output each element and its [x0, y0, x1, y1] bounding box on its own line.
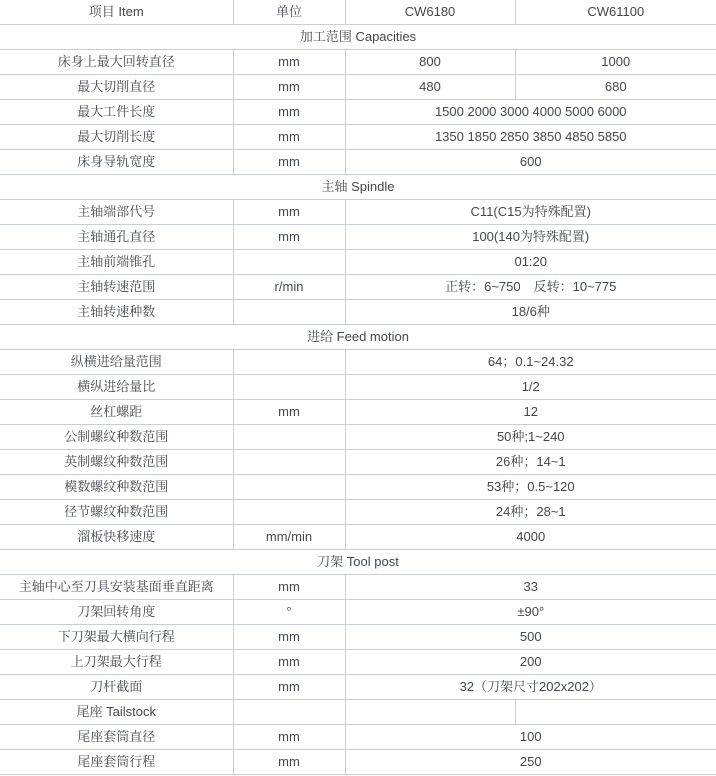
- table-row: 公制螺纹种数范围50种;1~240: [0, 425, 716, 450]
- item-cell: 床身导轨宽度: [0, 150, 233, 175]
- table-row: 刀杆截面mm32（刀架尺寸202x202）: [0, 675, 716, 700]
- table-row: 主轴前端锥孔01:20: [0, 250, 716, 275]
- value-cell: 250: [345, 750, 716, 775]
- unit-cell: mm: [233, 725, 345, 750]
- value-cell: 100: [345, 725, 716, 750]
- value-cell: 01:20: [345, 250, 716, 275]
- value-cell: 50种;1~240: [345, 425, 716, 450]
- table-row: 径节螺纹种数范围24种；28~1: [0, 500, 716, 525]
- spec-table-body: 项目 Item单位CW6180CW61100加工范围 Capacities床身上…: [0, 0, 716, 775]
- item-cell: 上刀架最大行程: [0, 650, 233, 675]
- table-row: 床身上最大回转直径mm8001000: [0, 50, 716, 75]
- section-header: 进给 Feed motion: [0, 325, 716, 350]
- unit-cell: mm: [233, 100, 345, 125]
- unit-cell: [233, 350, 345, 375]
- table-row: 主轴中心至刀具安装基面垂直距离mm33: [0, 575, 716, 600]
- table-row: 加工范围 Capacities: [0, 25, 716, 50]
- item-cell: 床身上最大回转直径: [0, 50, 233, 75]
- item-cell: 溜板快移速度: [0, 525, 233, 550]
- value-cell: 100(140为特殊配置): [345, 225, 716, 250]
- unit-cell: [233, 425, 345, 450]
- column-header-cw61100: CW61100: [515, 0, 716, 25]
- table-row: 主轴转速种数18/6种: [0, 300, 716, 325]
- unit-cell: °: [233, 600, 345, 625]
- item-cell: 主轴前端锥孔: [0, 250, 233, 275]
- value-cell: ±90°: [345, 600, 716, 625]
- table-row: 尾座 Tailstock: [0, 700, 716, 725]
- spec-table: 项目 Item单位CW6180CW61100加工范围 Capacities床身上…: [0, 0, 716, 775]
- value-cell: 24种；28~1: [345, 500, 716, 525]
- table-row: 进给 Feed motion: [0, 325, 716, 350]
- item-cell: 丝杠螺距: [0, 400, 233, 425]
- unit-cell: mm/min: [233, 525, 345, 550]
- column-header-unit: 单位: [233, 0, 345, 25]
- value-cell: 26种；14~1: [345, 450, 716, 475]
- unit-cell: mm: [233, 650, 345, 675]
- unit-cell: mm: [233, 400, 345, 425]
- value-cell: 200: [345, 650, 716, 675]
- value-cell-cw61100: 1000: [515, 50, 716, 75]
- table-row: 英制螺纹种数范围26种；14~1: [0, 450, 716, 475]
- table-row: 横纵进给量比1/2: [0, 375, 716, 400]
- item-cell: 主轴端部代号: [0, 200, 233, 225]
- table-row: 丝杠螺距mm12: [0, 400, 716, 425]
- unit-cell: mm: [233, 225, 345, 250]
- value-cell: 53种；0.5~120: [345, 475, 716, 500]
- value-cell: C11(C15为特殊配置): [345, 200, 716, 225]
- unit-cell: [233, 450, 345, 475]
- item-cell: 尾座 Tailstock: [0, 700, 233, 725]
- table-row: 刀架 Tool post: [0, 550, 716, 575]
- table-row: 上刀架最大行程mm200: [0, 650, 716, 675]
- unit-cell: [233, 500, 345, 525]
- table-row: 下刀架最大横向行程mm500: [0, 625, 716, 650]
- value-cell-cw6180: 480: [345, 75, 515, 100]
- item-cell: 最大切削长度: [0, 125, 233, 150]
- item-cell: 主轴转速种数: [0, 300, 233, 325]
- unit-cell: mm: [233, 750, 345, 775]
- value-cell: 32（刀架尺寸202x202）: [345, 675, 716, 700]
- item-cell: 横纵进给量比: [0, 375, 233, 400]
- table-row: 纵横进给量范围64；0.1~24.32: [0, 350, 716, 375]
- item-cell: 下刀架最大横向行程: [0, 625, 233, 650]
- table-row: 刀架回转角度°±90°: [0, 600, 716, 625]
- table-row: 溜板快移速度mm/min4000: [0, 525, 716, 550]
- value-cell: 1500 2000 3000 4000 5000 6000: [345, 100, 716, 125]
- value-cell-cw61100: 680: [515, 75, 716, 100]
- item-cell: 尾座套筒直径: [0, 725, 233, 750]
- unit-cell: [233, 700, 345, 725]
- table-row: 主轴通孔直径mm100(140为特殊配置): [0, 225, 716, 250]
- section-header: 刀架 Tool post: [0, 550, 716, 575]
- unit-cell: r/min: [233, 275, 345, 300]
- unit-cell: mm: [233, 575, 345, 600]
- value-cell: 64；0.1~24.32: [345, 350, 716, 375]
- value-cell: 4000: [345, 525, 716, 550]
- unit-cell: [233, 375, 345, 400]
- unit-cell: mm: [233, 200, 345, 225]
- unit-cell: [233, 300, 345, 325]
- unit-cell: mm: [233, 150, 345, 175]
- table-row: 尾座套筒行程mm250: [0, 750, 716, 775]
- spec-page: 项目 Item单位CW6180CW61100加工范围 Capacities床身上…: [0, 0, 716, 776]
- table-row: 主轴端部代号mmC11(C15为特殊配置): [0, 200, 716, 225]
- item-cell: 主轴转速范围: [0, 275, 233, 300]
- table-row: 床身导轨宽度mm600: [0, 150, 716, 175]
- item-cell: 最大工件长度: [0, 100, 233, 125]
- item-cell: 英制螺纹种数范围: [0, 450, 233, 475]
- column-header-cw6180: CW6180: [345, 0, 515, 25]
- value-cell-cw6180: 800: [345, 50, 515, 75]
- unit-cell: mm: [233, 125, 345, 150]
- value-cell: 正转：6~750 反转：10~775: [345, 275, 716, 300]
- value-cell: 12: [345, 400, 716, 425]
- value-cell: 33: [345, 575, 716, 600]
- table-row: 最大切削直径mm480680: [0, 75, 716, 100]
- unit-cell: [233, 475, 345, 500]
- section-header: 加工范围 Capacities: [0, 25, 716, 50]
- table-row: 尾座套筒直径mm100: [0, 725, 716, 750]
- value-cell: 18/6种: [345, 300, 716, 325]
- item-cell: 刀杆截面: [0, 675, 233, 700]
- value-cell: 1/2: [345, 375, 716, 400]
- item-cell: 主轴通孔直径: [0, 225, 233, 250]
- item-cell: 最大切削直径: [0, 75, 233, 100]
- item-cell: 尾座套筒行程: [0, 750, 233, 775]
- unit-cell: mm: [233, 625, 345, 650]
- item-cell: 模数螺纹种数范围: [0, 475, 233, 500]
- table-row: 最大切削长度mm1350 1850 2850 3850 4850 5850: [0, 125, 716, 150]
- table-header-row: 项目 Item单位CW6180CW61100: [0, 0, 716, 25]
- unit-cell: mm: [233, 75, 345, 100]
- value-cell: 1350 1850 2850 3850 4850 5850: [345, 125, 716, 150]
- value-cell: 500: [345, 625, 716, 650]
- table-row: 模数螺纹种数范围53种；0.5~120: [0, 475, 716, 500]
- unit-cell: mm: [233, 675, 345, 700]
- item-cell: 纵横进给量范围: [0, 350, 233, 375]
- item-cell: 径节螺纹种数范围: [0, 500, 233, 525]
- unit-cell: mm: [233, 50, 345, 75]
- table-row: 最大工件长度mm1500 2000 3000 4000 5000 6000: [0, 100, 716, 125]
- item-cell: 刀架回转角度: [0, 600, 233, 625]
- value-cell: 600: [345, 150, 716, 175]
- value-cell-cw6180: [345, 700, 515, 725]
- column-header-item: 项目 Item: [0, 0, 233, 25]
- value-cell-cw61100: [515, 700, 716, 725]
- section-header: 主轴 Spindle: [0, 175, 716, 200]
- item-cell: 公制螺纹种数范围: [0, 425, 233, 450]
- unit-cell: [233, 250, 345, 275]
- table-row: 主轴转速范围r/min正转：6~750 反转：10~775: [0, 275, 716, 300]
- table-row: 主轴 Spindle: [0, 175, 716, 200]
- item-cell: 主轴中心至刀具安装基面垂直距离: [0, 575, 233, 600]
